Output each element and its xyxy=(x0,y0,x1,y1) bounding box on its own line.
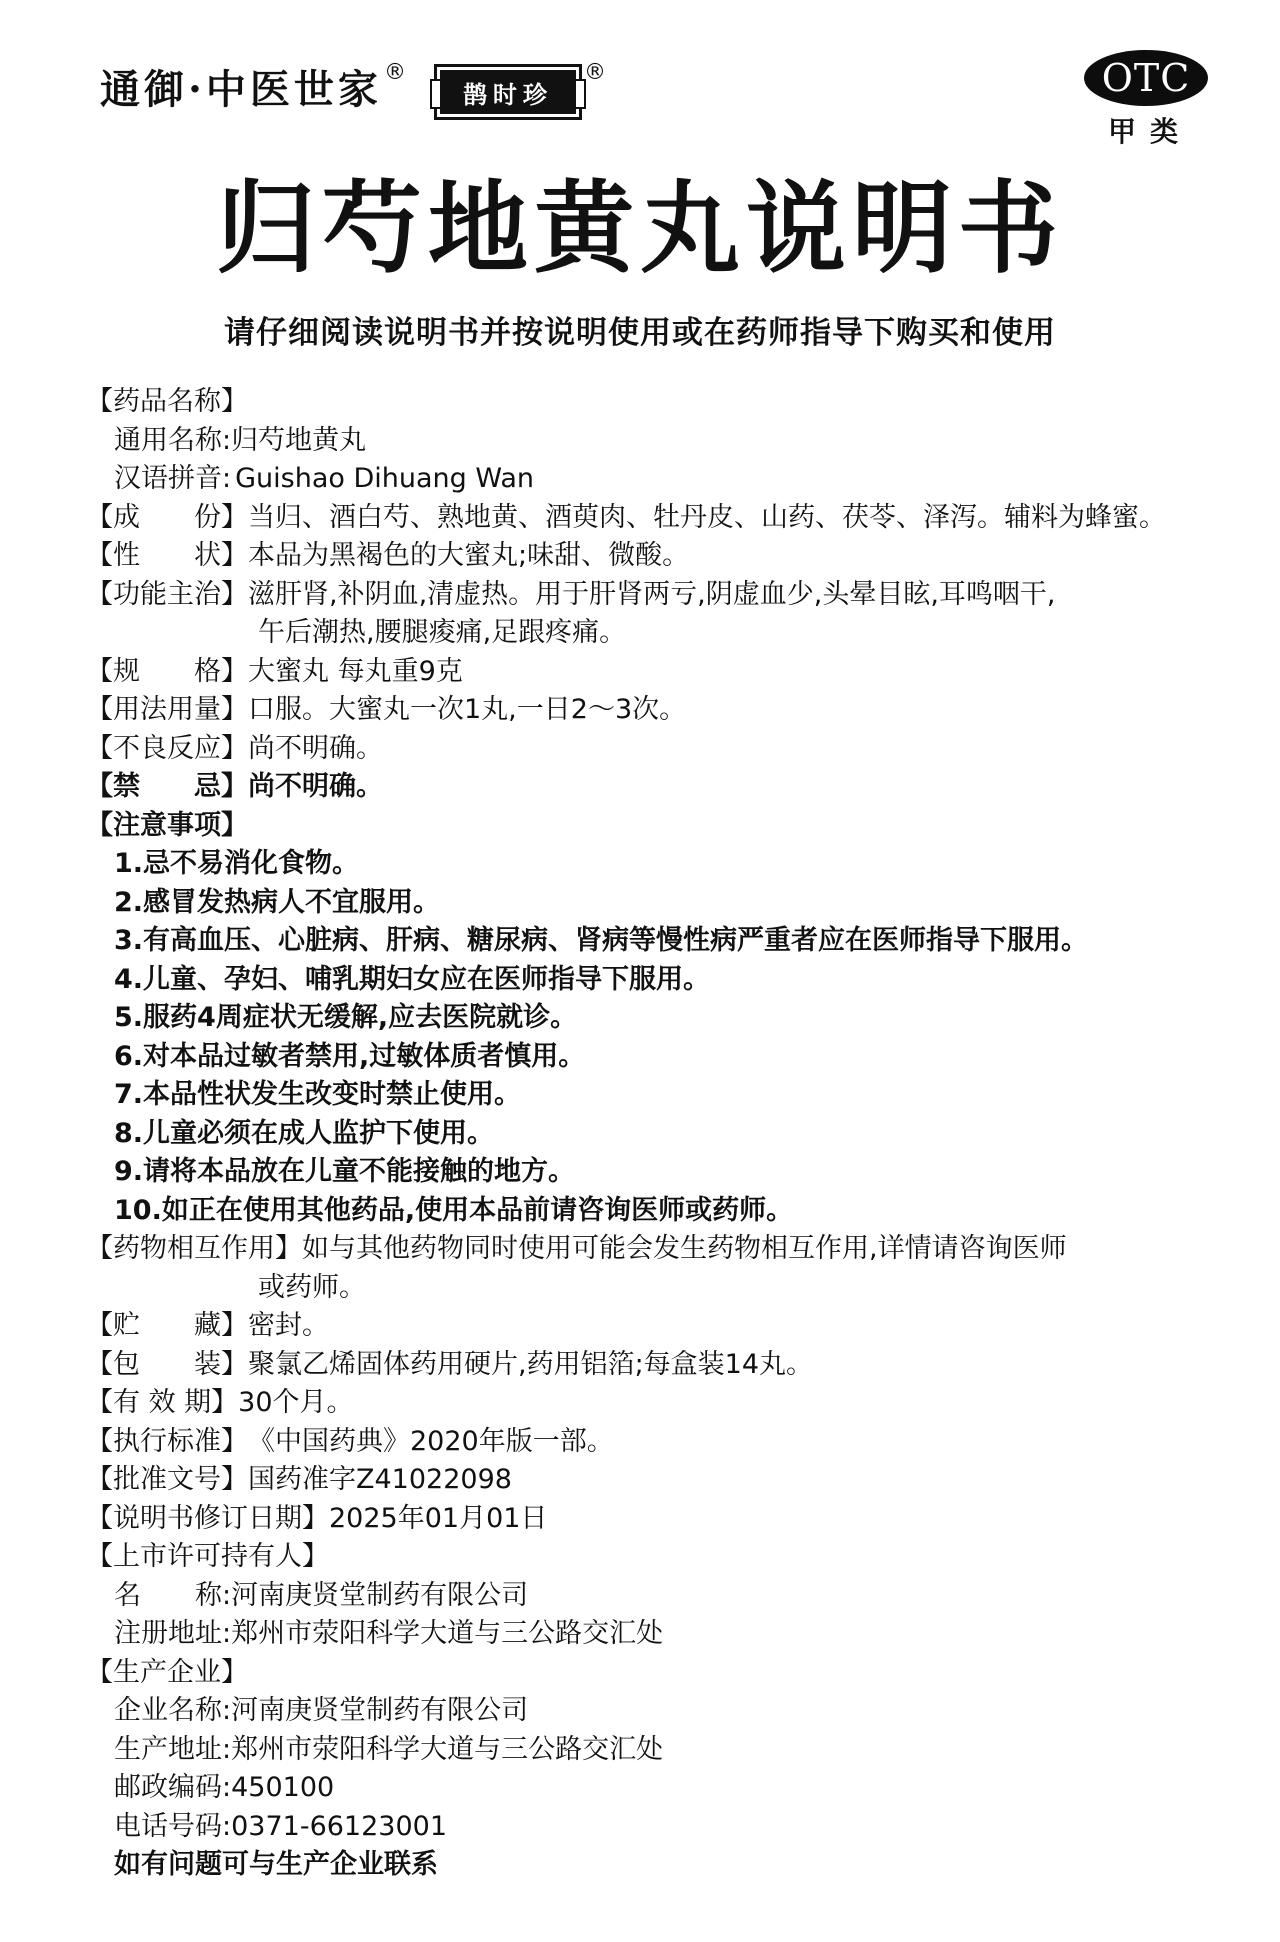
properties-value: 本品为黑褐色的大蜜丸;味甜、微酸。 xyxy=(248,537,689,576)
pinyin-label: 汉语拼音: xyxy=(114,460,231,499)
manufacturer-name-row: 企业名称: 河南庚贤堂制药有限公司 xyxy=(86,1692,1206,1731)
precaution-item: 9.请将本品放在儿童不能接触的地方。 xyxy=(86,1153,1206,1192)
indications-row: 【功能主治】 滋肝肾,补阴血,清虚热。用于肝肾两亏,阴虚血少,头晕目眩,耳鸣咽干… xyxy=(86,576,1206,615)
dosage-value: 口服。大蜜丸一次1丸,一日2～3次。 xyxy=(248,691,686,730)
pinyin-row: 汉语拼音: Guishao Dihuang Wan xyxy=(86,460,1206,499)
section-heading-mah: 【上市许可持有人】 xyxy=(86,1538,1206,1577)
packaging-row: 【包 装】 聚氯乙烯固体药用硬片,药用铝箔;每盒装14丸。 xyxy=(86,1346,1206,1385)
generic-name-label: 通用名称: xyxy=(114,422,231,461)
brand-seal-text: 鹊时珍 xyxy=(440,70,576,114)
interactions-row: 【药物相互作用】 如与其他药物同时使用可能会发生药物相互作用,详情请咨询医师 xyxy=(86,1230,1206,1269)
footer-notice: 如有问题可与生产企业联系 xyxy=(86,1846,1206,1885)
interactions-label: 【药物相互作用】 xyxy=(86,1230,302,1269)
postcode-value: 450100 xyxy=(231,1769,334,1808)
contraindications-label: 【禁 忌】 xyxy=(86,768,248,807)
registered-mark-icon: ® xyxy=(584,62,606,84)
packaging-label: 【包 装】 xyxy=(86,1346,248,1385)
phone-row: 电话号码: 0371-66123001 xyxy=(86,1808,1206,1847)
leaflet-body: 【药品名称】 通用名称: 归芍地黄丸 汉语拼音: Guishao Dihuang… xyxy=(86,383,1206,1885)
properties-label: 【性 状】 xyxy=(86,537,248,576)
storage-label: 【贮 藏】 xyxy=(86,1307,248,1346)
shelf-life-label: 【有 效 期】 xyxy=(86,1384,238,1423)
approval-value: 国药准字Z41022098 xyxy=(248,1461,512,1500)
mah-address-row: 注册地址: 郑州市荥阳科学大道与三公路交汇处 xyxy=(86,1615,1206,1654)
otc-class-label: 甲类 xyxy=(1108,110,1192,150)
phone-value: 0371-66123001 xyxy=(231,1808,447,1847)
contraindications-value: 尚不明确。 xyxy=(248,768,383,807)
manufacturer-address-value: 郑州市荥阳科学大道与三公路交汇处 xyxy=(231,1731,663,1770)
dosage-label: 【用法用量】 xyxy=(86,691,248,730)
specification-row: 【规 格】 大蜜丸 每丸重9克 xyxy=(86,653,1206,692)
generic-name-row: 通用名称: 归芍地黄丸 xyxy=(86,422,1206,461)
precaution-item: 2.感冒发热病人不宜服用。 xyxy=(86,884,1206,923)
specification-label: 【规 格】 xyxy=(86,653,248,692)
shelf-life-value: 30个月。 xyxy=(238,1384,353,1423)
indications-label: 【功能主治】 xyxy=(86,576,248,615)
section-heading-drug-name: 【药品名称】 xyxy=(86,383,1206,422)
precaution-item: 3.有高血压、心脏病、肝病、糖尿病、肾病等慢性病严重者应在医师指导下服用。 xyxy=(86,922,1206,961)
precaution-item: 1.忌不易消化食物。 xyxy=(86,845,1206,884)
precaution-item: 6.对本品过敏者禁用,过敏体质者慎用。 xyxy=(86,1038,1206,1077)
precaution-item: 4.儿童、孕妇、哺乳期妇女应在医师指导下服用。 xyxy=(86,961,1206,1000)
properties-row: 【性 状】 本品为黑褐色的大蜜丸;味甜、微酸。 xyxy=(86,537,1206,576)
manufacturer-address-row: 生产地址: 郑州市荥阳科学大道与三公路交汇处 xyxy=(86,1731,1206,1770)
ingredients-value: 当归、酒白芍、熟地黄、酒萸肉、牡丹皮、山药、茯苓、泽泻。辅料为蜂蜜。 xyxy=(248,499,1166,538)
storage-row: 【贮 藏】 密封。 xyxy=(86,1307,1206,1346)
precaution-item: 7.本品性状发生改变时禁止使用。 xyxy=(86,1076,1206,1115)
indications-continuation: 午后潮热,腰腿痠痛,足跟疼痛。 xyxy=(86,614,1206,653)
adverse-reactions-label: 【不良反应】 xyxy=(86,730,248,769)
precaution-item: 10.如正在使用其他药品,使用本品前请咨询医师或药师。 xyxy=(86,1192,1206,1231)
adverse-reactions-row: 【不良反应】 尚不明确。 xyxy=(86,730,1206,769)
otc-badge: OTC xyxy=(1084,50,1208,106)
interactions-continuation: 或药师。 xyxy=(86,1269,1206,1308)
pinyin-value: Guishao Dihuang Wan xyxy=(235,460,534,499)
packaging-value: 聚氯乙烯固体药用硬片,药用铝箔;每盒装14丸。 xyxy=(248,1346,813,1385)
specification-value: 大蜜丸 每丸重9克 xyxy=(248,653,463,692)
manufacturer-name-value: 河南庚贤堂制药有限公司 xyxy=(231,1692,528,1731)
manufacturer-name-label: 企业名称: xyxy=(114,1692,231,1731)
standard-row: 【执行标准】 《中国药典》2020年版一部。 xyxy=(86,1423,1206,1462)
revision-date-row: 【说明书修订日期】 2025年01月01日 xyxy=(86,1500,1206,1539)
postcode-label: 邮政编码: xyxy=(114,1769,231,1808)
generic-name-value: 归芍地黄丸 xyxy=(231,422,366,461)
mah-name-row: 名 称: 河南庚贤堂制药有限公司 xyxy=(86,1577,1206,1616)
revision-date-label: 【说明书修订日期】 xyxy=(86,1500,329,1539)
phone-label: 电话号码: xyxy=(114,1808,231,1847)
precaution-item: 5.服药4周症状无缓解,应去医院就诊。 xyxy=(86,999,1206,1038)
ingredients-label: 【成 份】 xyxy=(86,499,248,538)
mah-address-label: 注册地址: xyxy=(114,1615,231,1654)
page-title: 归芍地黄丸说明书 xyxy=(0,174,1280,284)
indications-value: 滋肝肾,补阴血,清虚热。用于肝肾两亏,阴虚血少,头晕目眩,耳鸣咽干, xyxy=(248,576,1056,615)
adverse-reactions-value: 尚不明确。 xyxy=(248,730,383,769)
ingredients-row: 【成 份】 当归、酒白芍、熟地黄、酒萸肉、牡丹皮、山药、茯苓、泽泻。辅料为蜂蜜。 xyxy=(86,499,1206,538)
mah-name-label: 名 称: xyxy=(114,1577,231,1616)
standard-label: 【执行标准】 xyxy=(86,1423,248,1462)
brand-name: 通御·中医世家 xyxy=(100,68,382,112)
section-heading-precautions: 【注意事项】 xyxy=(86,807,1206,846)
shelf-life-row: 【有 效 期】 30个月。 xyxy=(86,1384,1206,1423)
brand-logo: 通御·中医世家 ® 鹊时珍 ® xyxy=(100,68,606,120)
postcode-row: 邮政编码: 450100 xyxy=(86,1769,1206,1808)
revision-date-value: 2025年01月01日 xyxy=(329,1500,547,1539)
approval-label: 【批准文号】 xyxy=(86,1461,248,1500)
page-subtitle: 请仔细阅读说明书并按说明使用或在药师指导下购买和使用 xyxy=(0,307,1280,352)
interactions-value: 如与其他药物同时使用可能会发生药物相互作用,详情请咨询医师 xyxy=(302,1230,1067,1269)
mah-name-value: 河南庚贤堂制药有限公司 xyxy=(231,1577,528,1616)
contraindications-row: 【禁 忌】 尚不明确。 xyxy=(86,768,1206,807)
dosage-row: 【用法用量】 口服。大蜜丸一次1丸,一日2～3次。 xyxy=(86,691,1206,730)
mah-address-value: 郑州市荥阳科学大道与三公路交汇处 xyxy=(231,1615,663,1654)
standard-value: 《中国药典》2020年版一部。 xyxy=(248,1423,614,1462)
registered-mark-icon: ® xyxy=(384,62,406,84)
manufacturer-address-label: 生产地址: xyxy=(114,1731,231,1770)
section-heading-manufacturer: 【生产企业】 xyxy=(86,1654,1206,1693)
approval-row: 【批准文号】 国药准字Z41022098 xyxy=(86,1461,1206,1500)
brand-seal: 鹊时珍 xyxy=(434,64,582,120)
storage-value: 密封。 xyxy=(248,1307,329,1346)
precaution-item: 8.儿童必须在成人监护下使用。 xyxy=(86,1115,1206,1154)
